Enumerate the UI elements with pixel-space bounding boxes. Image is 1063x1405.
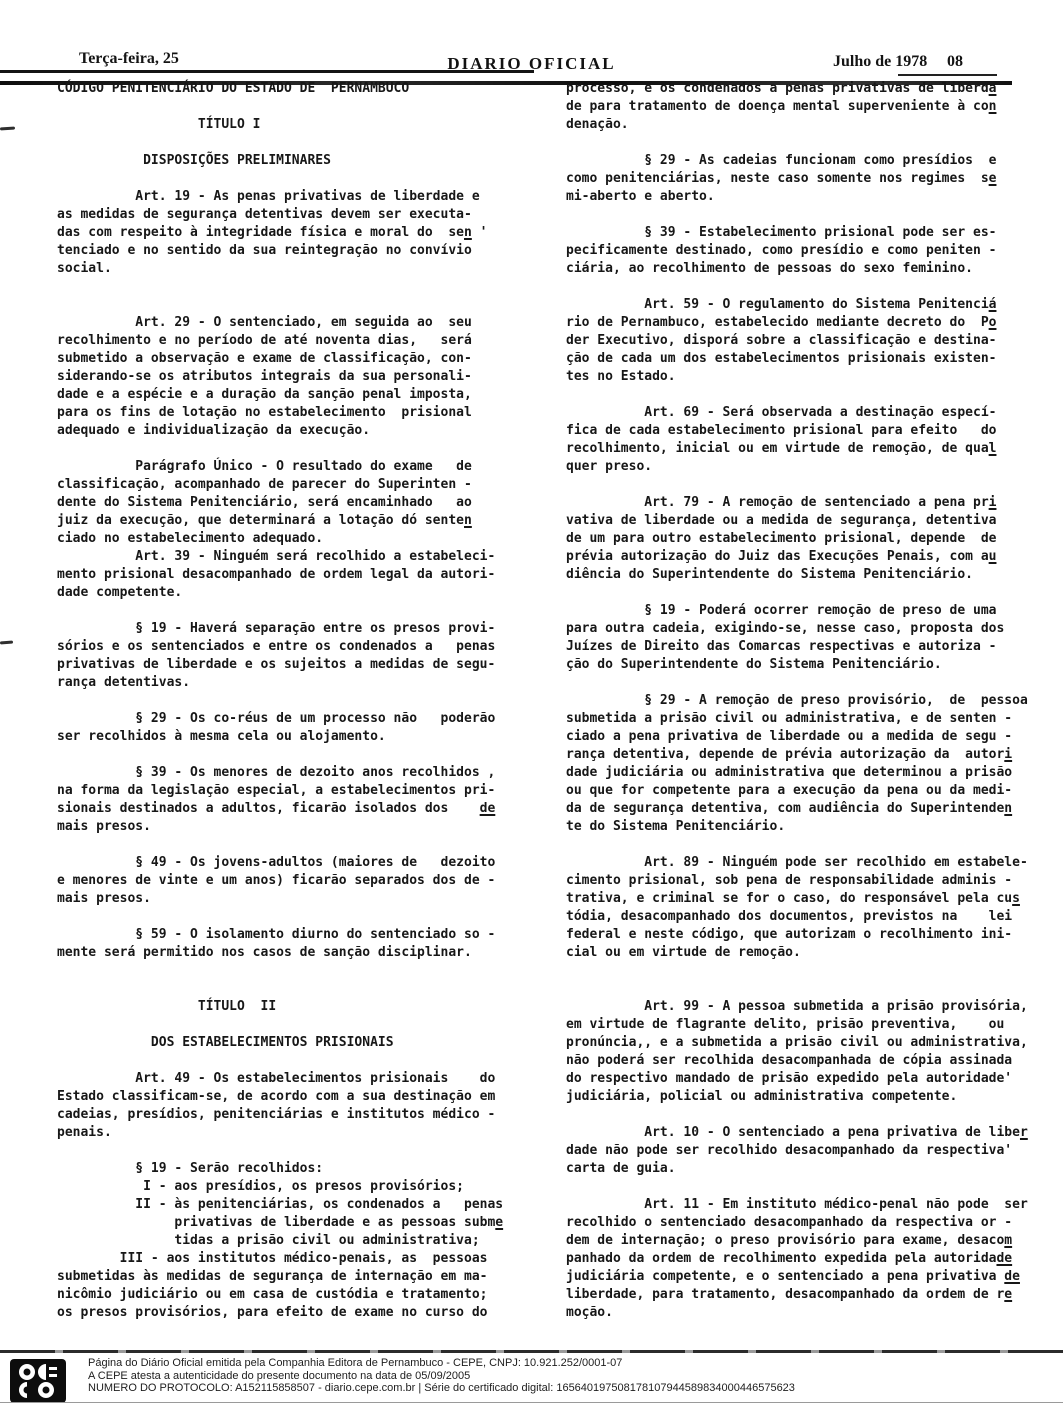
- text-line: § 19 - Serão recolhidos:: [57, 1160, 527, 1178]
- text-line: prévia autorização do Juiz das Execuções…: [566, 548, 1046, 566]
- text-line: Art. 59 - O regulamento do Sistema Penit…: [566, 296, 1046, 314]
- footer-rule: [0, 1350, 1063, 1353]
- text-line: mais presos.: [57, 818, 527, 836]
- text-line: recolhido o sentenciado desacompanhado d…: [566, 1214, 1046, 1232]
- header-month-year: Julho de 1978: [833, 53, 927, 71]
- text-line: § 19 - Poderá ocorrer remoção de preso d…: [566, 602, 1046, 620]
- text-line: privativas de liberdade e as pessoas sub…: [57, 1214, 527, 1232]
- cepe-logo-icon: [10, 1359, 66, 1403]
- text-line: submetida a prisão civil ou administrati…: [566, 710, 1046, 728]
- text-line: [566, 134, 1046, 152]
- text-line: [57, 746, 527, 764]
- text-line: em virtude de flagrante delito, prisão p…: [566, 1016, 1046, 1034]
- text-line: § 39 - Estabelecimento prisional pode se…: [566, 224, 1046, 242]
- text-line: ou que for competente para a execução da…: [566, 782, 1046, 800]
- text-line: vativa de liberdade ou a medida de segur…: [566, 512, 1046, 530]
- text-line: TÍTULO II: [57, 998, 527, 1016]
- text-line: carta de guia.: [566, 1160, 1046, 1178]
- text-line: ciado a pena privativa de liberdade ou a…: [566, 728, 1046, 746]
- text-line: penais.: [57, 1124, 527, 1142]
- text-line: [566, 476, 1046, 494]
- text-line: tenciado e no sentido da sua reintegraçã…: [57, 242, 527, 260]
- margin-scan-mark: [0, 126, 15, 130]
- text-line: [57, 278, 527, 296]
- text-line: da de segurança detentiva, com audiência…: [566, 800, 1046, 818]
- text-line: Art. 99 - A pessoa submetida a prisão pr…: [566, 998, 1046, 1016]
- text-line: fica de cada estabelecimento prisional p…: [566, 422, 1046, 440]
- text-line: cadeias, presídios, penitenciárias e ins…: [57, 1106, 527, 1124]
- text-line: [566, 674, 1046, 692]
- text-line: § 59 - O isolamento diurno do sentenciad…: [57, 926, 527, 944]
- page-number: 08: [947, 53, 963, 71]
- text-line: dade não pode ser recolhido desacompanha…: [566, 1142, 1046, 1160]
- text-line: e menores de vinte e um anos) ficarão se…: [57, 872, 527, 890]
- text-line: § 19 - Haverá separação entre os presos …: [57, 620, 527, 638]
- text-line: Parágrafo Único - O resultado do exame d…: [57, 458, 527, 476]
- text-line: tidas a prisão civil ou administrativa;: [57, 1232, 527, 1250]
- text-line: processo, e os condenados a penas privat…: [566, 80, 1046, 98]
- text-line: [57, 296, 527, 314]
- text-line: submetido a observação e exame de classi…: [57, 350, 527, 368]
- text-line: Art. 69 - Será observada a destinação es…: [566, 404, 1046, 422]
- text-line: diência do Superintendente do Sistema Pe…: [566, 566, 1046, 584]
- text-line: mi-aberto e aberto.: [566, 188, 1046, 206]
- text-line: [566, 1106, 1046, 1124]
- text-line: adequado e individualização da execução.: [57, 422, 527, 440]
- text-line: tes no Estado.: [566, 368, 1046, 386]
- text-line: pecificamente destinado, como presídio e…: [566, 242, 1046, 260]
- text-line: trativa, e criminal se for o caso, do re…: [566, 890, 1046, 908]
- text-line: classificação, acompanhado de parecer do…: [57, 476, 527, 494]
- text-line: Art. 89 - Ninguém pode ser recolhido em …: [566, 854, 1046, 872]
- header-rule-right: [898, 74, 997, 76]
- text-line: [566, 278, 1046, 296]
- text-line: § 49 - Os jovens-adultos (maiores de dez…: [57, 854, 527, 872]
- text-line: panhado da ordem de recolhimento expedid…: [566, 1250, 1046, 1268]
- text-line: Art. 79 - A remoção de sentenciado a pen…: [566, 494, 1046, 512]
- text-line: para os fins de lotação no estabelecimen…: [57, 404, 527, 422]
- text-line: Art. 29 - O sentenciado, em seguida ao s…: [57, 314, 527, 332]
- text-line: [57, 170, 527, 188]
- text-line: dente do Sistema Penitenciário, será enc…: [57, 494, 527, 512]
- text-line: § 29 - As cadeias funcionam como presídi…: [566, 152, 1046, 170]
- text-line: § 39 - Os menores de dezoito anos recolh…: [57, 764, 527, 782]
- text-line: sórios e os sentenciados e entre os cond…: [57, 638, 527, 656]
- text-line: Estado classificam-se, de acordo com a s…: [57, 1088, 527, 1106]
- text-line: A CEPE atesta a autenticidade do present…: [88, 1370, 795, 1383]
- text-line: Art. 19 - As penas privativas de liberda…: [57, 188, 527, 206]
- text-line: CÓDIGO PENITENCIÁRIO DO ESTADO DE PERNAM…: [57, 80, 527, 98]
- left-text-column: CÓDIGO PENITENCIÁRIO DO ESTADO DE PERNAM…: [57, 80, 527, 1322]
- text-line: das com respeito à integridade física e …: [57, 224, 527, 242]
- text-line: cimento prisional, sob pena de responsab…: [566, 872, 1046, 890]
- text-line: dem de internação; o preso provisório pa…: [566, 1232, 1046, 1250]
- text-line: recolhimento, inicial ou em virtude de r…: [566, 440, 1046, 458]
- text-line: rança detentiva, depende de prévia autor…: [566, 746, 1046, 764]
- text-line: [57, 1016, 527, 1034]
- text-line: der Executivo, disporá sobre a classific…: [566, 332, 1046, 350]
- text-line: [566, 206, 1046, 224]
- text-line: mente será permitido nos casos de sanção…: [57, 944, 527, 962]
- text-line: [57, 1142, 527, 1160]
- text-line: [57, 1052, 527, 1070]
- text-line: para outra cadeia, exigindo-se, nesse ca…: [566, 620, 1046, 638]
- text-line: [57, 908, 527, 926]
- text-line: ção do Superintendente do Sistema Penite…: [566, 656, 1046, 674]
- text-line: privativas de liberdade e os sujeitos a …: [57, 656, 527, 674]
- right-text-column: processo, e os condenados a penas privat…: [566, 80, 1046, 1322]
- text-line: submetidas às medidas de segurança de in…: [57, 1268, 527, 1286]
- text-line: rio de Pernambuco, estabelecido mediante…: [566, 314, 1046, 332]
- text-line: [57, 134, 527, 152]
- text-line: [57, 98, 527, 116]
- text-line: judiciária, policial ou administrativa c…: [566, 1088, 1046, 1106]
- text-line: NUMERO DO PROTOCOLO: A152115858507 - dia…: [88, 1382, 795, 1395]
- text-line: Página do Diário Oficial emitida pela Co…: [88, 1357, 795, 1370]
- text-line: social.: [57, 260, 527, 278]
- text-line: [57, 836, 527, 854]
- text-line: Juízes de Direito das Comarcas respectiv…: [566, 638, 1046, 656]
- text-line: [566, 980, 1046, 998]
- text-line: ção de cada um dos estabelecimentos pris…: [566, 350, 1046, 368]
- margin-scan-mark: [0, 641, 13, 645]
- text-line: as medidas de segurança detentivas devem…: [57, 206, 527, 224]
- text-line: [57, 962, 527, 980]
- text-line: rança detentivas.: [57, 674, 527, 692]
- text-line: § 29 - A remoção de preso provisório, de…: [566, 692, 1046, 710]
- text-line: Art. 39 - Ninguém será recolhido a estab…: [57, 548, 527, 566]
- text-line: denação.: [566, 116, 1046, 134]
- text-line: siderando-se os atributos integrais da s…: [57, 368, 527, 386]
- text-line: pronúncia,, e a submetida a prisão civil…: [566, 1034, 1046, 1052]
- text-line: ciado no estabelecimento adequado.: [57, 530, 527, 548]
- text-line: II - às penitenciárias, os condenados a …: [57, 1196, 527, 1214]
- text-line: na forma da legislação especial, a estab…: [57, 782, 527, 800]
- text-line: DISPOSIÇÕES PRELIMINARES: [57, 152, 527, 170]
- text-line: quer preso.: [566, 458, 1046, 476]
- text-line: federal e neste código, que autorizam o …: [566, 926, 1046, 944]
- header-rule-left: [0, 70, 534, 73]
- text-line: tódia, desacompanhado dos documentos, pr…: [566, 908, 1046, 926]
- text-line: mais presos.: [57, 890, 527, 908]
- text-line: § 29 - Os co-réus de um processo não pod…: [57, 710, 527, 728]
- text-line: [566, 386, 1046, 404]
- text-line: mento prisional desacompanhado de ordem …: [57, 566, 527, 584]
- text-line: [566, 962, 1046, 980]
- text-line: [57, 692, 527, 710]
- text-line: de para tratamento de doença mental supe…: [566, 98, 1046, 116]
- text-line: liberdade, para tratamento, desacompanha…: [566, 1286, 1046, 1304]
- text-line: Art. 11 - Em instituto médico-penal não …: [566, 1196, 1046, 1214]
- text-line: DOS ESTABELECIMENTOS PRISIONAIS: [57, 1034, 527, 1052]
- text-line: moção.: [566, 1304, 1046, 1322]
- text-line: Art. 10 - O sentenciado a pena privativa…: [566, 1124, 1046, 1142]
- text-line: ciária, ao recolhimento de pessoas do se…: [566, 260, 1046, 278]
- text-line: dade judiciária ou administrativa que de…: [566, 764, 1046, 782]
- text-line: nicômio judiciário ou em casa de custódi…: [57, 1286, 527, 1304]
- text-line: de um para outro estabelecimento prision…: [566, 530, 1046, 548]
- text-line: [57, 602, 527, 620]
- text-line: [57, 980, 527, 998]
- text-line: te do Sistema Penitenciário.: [566, 818, 1046, 836]
- text-line: cial ou em virtude de remoção.: [566, 944, 1046, 962]
- text-line: I - aos presídios, os presos provisórios…: [57, 1178, 527, 1196]
- text-line: TÍTULO I: [57, 116, 527, 134]
- text-line: como penitenciárias, neste caso somente …: [566, 170, 1046, 188]
- text-line: [566, 1178, 1046, 1196]
- text-line: [566, 584, 1046, 602]
- text-line: [566, 836, 1046, 854]
- text-line: [57, 440, 527, 458]
- text-line: recolhimento e no período de até noventa…: [57, 332, 527, 350]
- text-line: dade competente.: [57, 584, 527, 602]
- text-line: judiciária competente, e o sentenciado a…: [566, 1268, 1046, 1286]
- footer-certification-text: Página do Diário Oficial emitida pela Co…: [88, 1357, 795, 1395]
- text-line: ser recolhidos à mesma cela ou alojament…: [57, 728, 527, 746]
- text-line: juiz da execução, que determinará a lota…: [57, 512, 527, 530]
- document-page: Terça-feira, 25 DIARIO OFICIAL Julho de …: [0, 0, 1063, 1405]
- footer-bottom-rule: [0, 1402, 1063, 1403]
- text-line: não poderá ser recolhida desacompanhada …: [566, 1052, 1046, 1070]
- text-line: Art. 49 - Os estabelecimentos prisionais…: [57, 1070, 527, 1088]
- text-line: do respectivo mandado de prisão expedido…: [566, 1070, 1046, 1088]
- text-line: sionais destinados a adultos, ficarão is…: [57, 800, 527, 818]
- text-line: III - aos institutos médico-penais, as p…: [57, 1250, 527, 1268]
- text-line: os presos provisórios, para efeito de ex…: [57, 1304, 527, 1322]
- text-line: dade e a espécie e a duração da sanção p…: [57, 386, 527, 404]
